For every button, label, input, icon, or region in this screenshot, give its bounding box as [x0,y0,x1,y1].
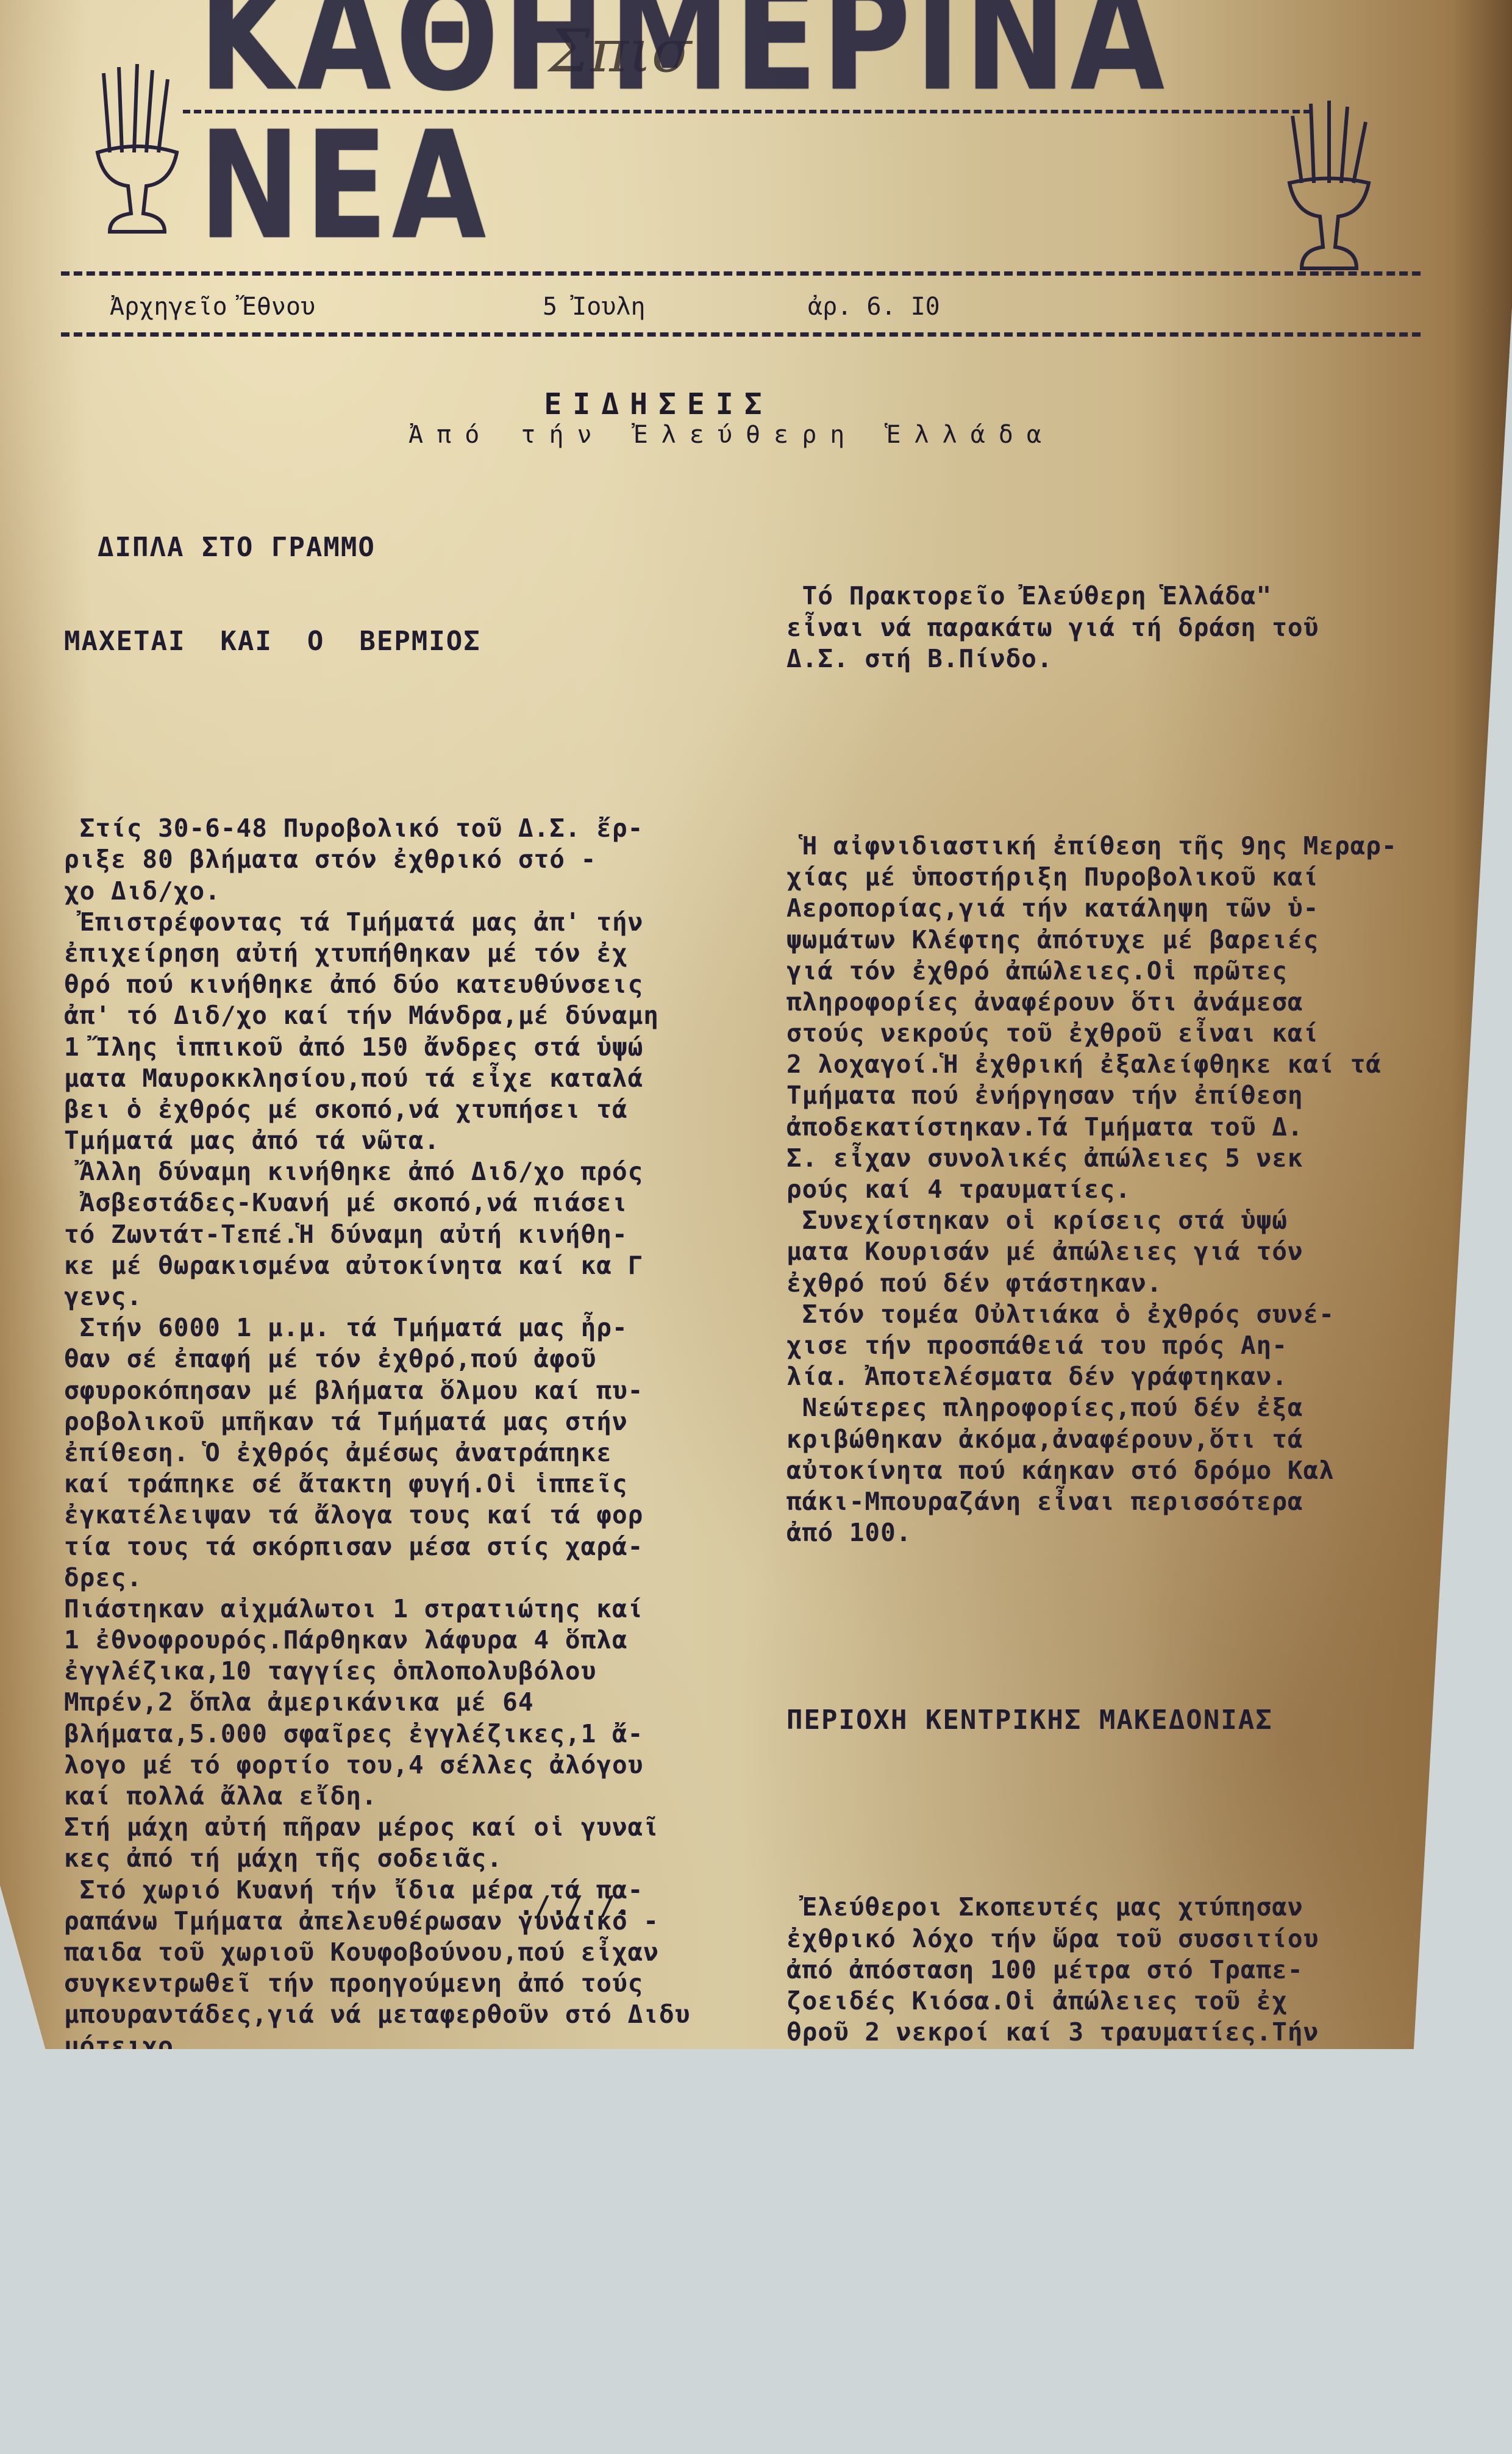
text-line: στούς νεκρούς τοῦ ἐχθροῦ εἶναι καί [786,1018,1421,1049]
article-headline: ΔΙΠΛΑ ΣΤΟ ΓΡΑΜΜΟ [64,532,747,563]
masthead: ΚΑΘΗΜΕΡΙΝΑ ΝΕΑ [116,119,1299,253]
text-line: Στίς 30-6-48 Πυροβολικό τοῦ Δ.Σ. ἔρ- [64,813,747,844]
text-line: ἐπιχείρηση αὐτή χτυπήθηκαν μέ τόν ἐχ [64,938,747,969]
text-line: βει ὁ ἐχθρός μέ σκοπό,νά χτυπήσει τά [64,1094,747,1125]
text-line: ροβολικοῦ μπῆκαν τά Τμήματά μας στήν [64,1406,747,1437]
text-line: βλήματα,5.000 σφαῖρες ἐγγλέζικες,1 ἄ- [64,1719,747,1750]
article-body: Τό Πρακτορεῖο Ἐλεύθερη Ἑλλάδα"εἶναι νά π… [786,581,1421,674]
text-line: Στή μάχη αὐτή πῆραν μέρος καί οἱ γυναῖ [64,1812,747,1843]
article-body: Ἡ αἰφνιδιαστική ἐπίθεση τῆς 9ης Μεραρ-χί… [786,831,1421,1548]
text-line: Μπρέν,2 ὅπλα ἀμερικάνικα μέ 64 [64,1687,747,1718]
text-line: καί τράπηκε σέ ἄτακτη φυγή.Οἱ ἱππεῖς [64,1468,747,1500]
text-line: πάκι-Μπουραζάνη εἶναι περισσότερα [786,1486,1421,1517]
spacer [786,1798,1421,1830]
text-line: ψωμάτων Κλέφτης ἀπότυχε μέ βαρειές [786,925,1421,956]
text-line: κες ἀπό τή μάχη τῆς σοδειᾶς. [64,1843,747,1874]
text-line: Ἐπιστρέφοντας τά Τμήματά μας ἀπ' τήν [64,907,747,938]
text-line: πληροφορίες ἀναφέρουν ὅτι ἀνάμεσα [786,987,1421,1018]
text-line: ἐγκατέλειψαν τά ἄλογα τους καί τά φορ [64,1500,747,1531]
text-line: θρό πού κινήθηκε ἀπό δύο κατευθύνσεις [64,969,747,1000]
text-line: Σ. εἶχαν συνολικές ἀπώλειες 5 νεκ [786,1143,1421,1174]
text-line: τία τους τά σκόρπισαν μέσα στίς χαρά- [64,1531,747,1562]
text-line: αὐτοκίνητα πού κάηκαν στό δρόμο Καλ [786,1455,1421,1486]
text-line: ἀπό ἀπόσταση 100 μέτρα στό Τραπε- [786,1955,1421,1986]
text-line: ρούς καί 4 τραυματίες. [786,1174,1421,1205]
text-line: γενς. [64,1281,747,1312]
text-line: Ἄλλη δύναμη κινήθηκε ἀπό Διδ/χο πρός [64,1156,747,1187]
text-line: θαν σέ ἐπαφή μέ τόν ἐχθρό,πού ἀφοῦ [64,1343,747,1375]
text-line: ριξε 80 βλήματα στόν ἐχθρικό στό - [64,844,747,875]
article-body: Στίς 30-6-48 Πυροβολικό τοῦ Δ.Σ. ἔρ-ριξε… [64,813,747,2049]
text-line: κριβώθηκαν ἀκόμα,ἀναφέρουν,ὅτι τά [786,1424,1421,1455]
text-line: 1 ἐθνοφρουρός.Πάρθηκαν λάφυρα 4 ὅπλα [64,1625,747,1656]
text-line: χισε τήν προσπάθειά του πρός Αη- [786,1330,1421,1361]
text-line: ραπάνω Τμήματα ἀπελευθέρωσαν γυναικό - [64,1906,747,1937]
text-line: ἐχθρό πού δέν φτάστηκαν. [786,1268,1421,1299]
text-line: κε μέ θωρακισμένα αὐτοκίνητα καί κα Γ [64,1250,747,1281]
text-line: σφυροκόπησαν μέ βλήματα ὅλμου καί πυ- [64,1375,747,1406]
dateline-rule [61,332,1421,337]
text-line: καί πολλά ἄλλα εἴδη. [64,1781,747,1812]
end-mark: ./././. [518,1891,631,1922]
right-column: Τό Πρακτορεῖο Ἐλεύθερη Ἑλλάδα"εἶναι νά π… [786,518,1421,2049]
text-line: ἀπ' τό Διδ/χο καί τήν Μάνδρα,μέ δύναμη [64,1000,747,1031]
newspaper-title: ΚΑΘΗΜΕΡΙΝΑ ΝΕΑ [199,0,1216,260]
text-line: θροῦ 2 νεκροί καί 3 τραυματίες.Τήν [786,2017,1421,2048]
text-line: Δ.Σ. στή Β.Πίνδο. [786,643,1421,674]
issue-number: ἀρ. 6. Ι0 [808,293,940,321]
section-subheading: Ἀπό τήν Ἐλεύθερη Ἑλλάδα [0,421,1488,449]
text-line: λογο μέ τό φορτίο του,4 σέλλες ἀλόγου [64,1750,747,1781]
spacer [786,1611,1421,1642]
text-line: Νεώτερες πληροφορίες,πού δέν ἐξα [786,1392,1421,1423]
article-body: Ἐλεύθεροι Σκοπευτές μας χτύπησανἐχθρικό … [786,1892,1421,2049]
text-line: Αεροπορίας,γιά τήν κατάληψη τῶν ὑ- [786,893,1421,924]
text-line: λία. Ἀποτελέσματα δέν γράφτηκαν. [786,1361,1421,1392]
text-line: Τμήματα πού ἐνήργησαν τήν ἐπίθεση [786,1080,1421,1111]
text-line: ἀποδεκατίστηκαν.Τά Τμήματα τοῦ Δ. [786,1112,1421,1143]
text-line: ἐπίθεση. Ὁ ἐχθρός ἀμέσως ἀνατράπηκε [64,1437,747,1468]
masthead-bottom-rule [61,271,1421,276]
text-line: δρες. [64,1562,747,1594]
text-line: ἀπό 100. [786,1517,1421,1548]
spacer [64,720,747,751]
text-line: μπουραντάδες,γιά νά μεταφερθοῦν στό Διδυ [64,1999,747,2030]
text-line: Τό Πρακτορεῖο Ἐλεύθερη Ἑλλάδα" [786,581,1421,612]
text-line: Ἀσβεστάδες-Κυανή μέ σκοπό,νά πιάσει [64,1187,747,1218]
text-line: ἐγγλέζικα,10 ταγγίες ὁπλοπολυβόλου [64,1656,747,1687]
text-line: χο Διδ/χο. [64,876,747,907]
text-line: μότειχο. [64,2031,747,2049]
text-line: παιδα τοῦ χωριοῦ Κουφοβούνου,πού εἶχαν [64,1937,747,1968]
text-line: Συνεχίστηκαν οἱ κρίσεις στά ὑψώ [786,1205,1421,1236]
section-heading: ΕΙΔΗΣΕΙΣ [0,387,1414,421]
text-line: 1 Ἴλης ἱππικοῦ ἀπό 150 ἄνδρες στά ὑψώ [64,1032,747,1063]
newspaper-page: Σπισ ΚΑΘΗΜΕΡΙΝΑ ΝΕΑ Ἀρχηγεῖο Ἔθνου 5 Ἰου… [0,0,1512,2049]
issue-date: 5 Ἰουλη [543,293,646,321]
text-line: συγκεντρωθεῖ τήν προηγούμενη ἀπό τούς [64,1968,747,1999]
text-line: Στόν τομέα Οὐλτιάκα ὁ ἐχθρός συνέ- [786,1299,1421,1330]
article-headline: ΠΕΡΙΟΧΗ ΚΕΝΤΡΙΚΗΣ ΜΑΚΕΔΟΝΙΑΣ [786,1705,1421,1736]
left-column: ΔΙΠΛΑ ΣΤΟ ΓΡΑΜΜΟ ΜΑΧΕΤΑΙ ΚΑΙ Ο ΒΕΡΜΙΟΣ Σ… [64,470,747,2049]
text-line: τό Ζωντάτ-Τεπέ.Ἡ δύναμη αὐτή κινήθη- [64,1219,747,1250]
publisher: Ἀρχηγεῖο Ἔθνου [110,293,315,321]
spacer [786,737,1421,768]
article-headline: ΜΑΧΕΤΑΙ ΚΑΙ Ο ΒΕΡΜΙΟΣ [64,626,747,657]
text-line: ζοειδές Κιόσα.Οἱ ἀπώλειες τοῦ ἐχ [786,1986,1421,2017]
text-line: Τμήματά μας ἀπό τά νῶτα. [64,1125,747,1156]
text-line: Στό χωριό Κυανή τήν ἴδια μέρα τά πα- [64,1875,747,1906]
text-line: Ἐλεύθεροι Σκοπευτές μας χτύπησαν [786,1892,1421,1923]
text-line: Πιάστηκαν αἰχμάλωτοι 1 στρατιώτης καί [64,1594,747,1625]
text-line: ματα Κουρισάν μέ ἀπώλειες γιά τόν [786,1236,1421,1267]
text-line: χίας μέ ὑποστήριξη Πυροβολικοῦ καί [786,862,1421,893]
text-line: 2 λοχαγοί.Ἡ ἐχθρική ἐξαλείφθηκε καί τά [786,1049,1421,1080]
text-line: ἐχθρικό λόχο τήν ὥρα τοῦ συσσιτίου [786,1923,1421,1955]
text-line: Στήν 6000 1 μ.μ. τά Τμήματά μας ἦρ- [64,1312,747,1343]
text-line: γιά τόν ἐχθρό ἀπώλειες.Οἱ πρῶτες [786,956,1421,987]
text-line: Ἡ αἰφνιδιαστική ἐπίθεση τῆς 9ης Μεραρ- [786,831,1421,862]
text-line: ματα Μαυροκκλησίου,πού τά εἶχε καταλά [64,1063,747,1094]
text-line: εἶναι νά παρακάτω γιά τή δράση τοῦ [786,612,1421,643]
